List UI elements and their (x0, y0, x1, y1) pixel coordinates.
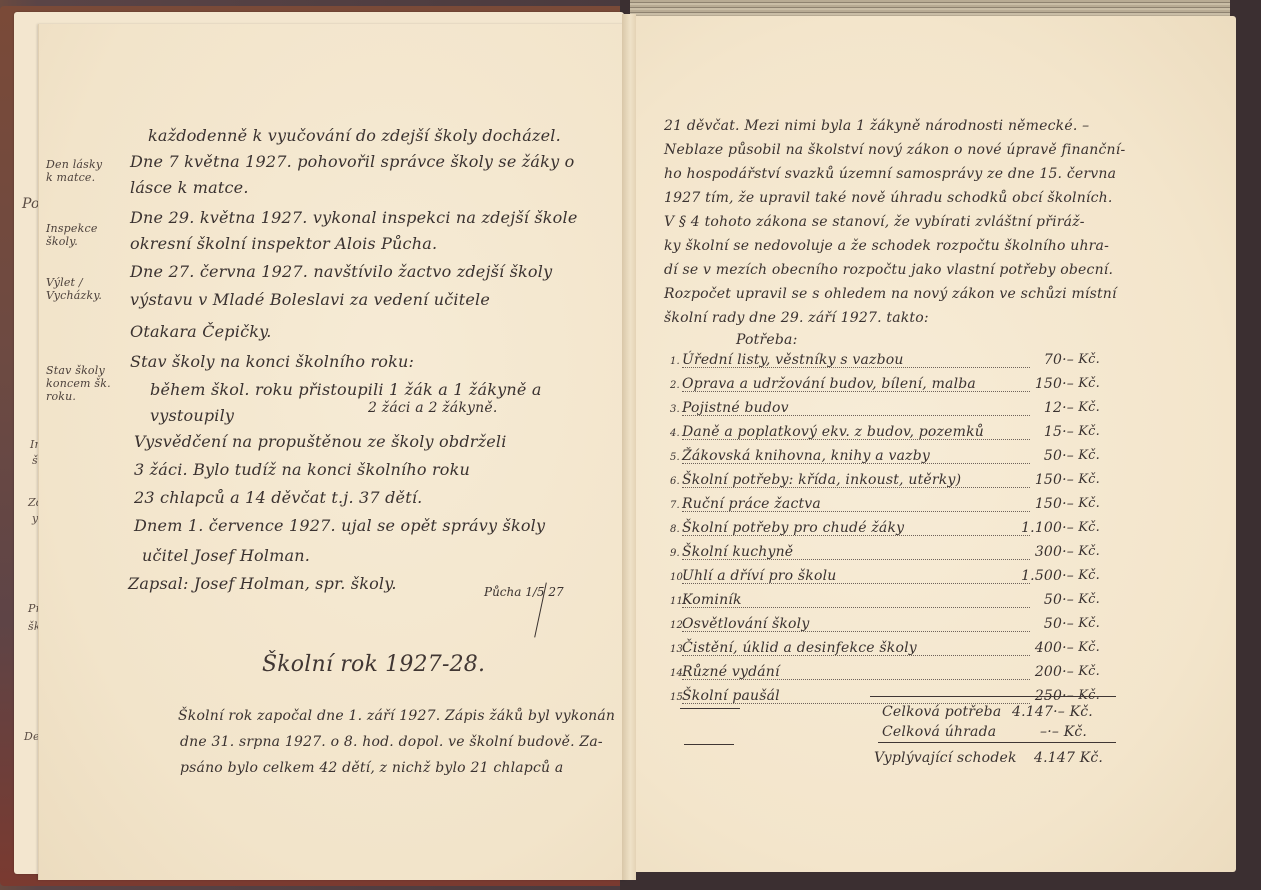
text-line: Rozpočet upravil se s ohledem na nový zá… (664, 286, 1117, 302)
text-line: ky školní se nedovoluje a že schodek roz… (664, 238, 1109, 254)
text-line: každodenně k vyučování do zdejší školy d… (148, 126, 561, 145)
text-line: 2 žáci a 2 žákyně. (368, 400, 497, 416)
budget-row: 13.Čistění, úklid a desinfekce školy400·… (670, 640, 1100, 662)
total-label: Celková úhrada (882, 724, 996, 740)
section-title: Školní rok 1927-28. (262, 652, 485, 677)
text-line: Stav školy na konci školního roku: (130, 352, 414, 371)
budget-row: 7.Ruční práce žactva150·–Kč. (670, 496, 1100, 518)
text-line: V § 4 tohoto zákona se stanoví, že vybír… (664, 214, 1085, 230)
budget-row: 3.Pojistné budov12·–Kč. (670, 400, 1100, 422)
budget-row: 11.Kominík50·–Kč. (670, 592, 1100, 614)
text-line: Otakara Čepičky. (130, 322, 272, 341)
text-line: během škol. roku přistoupili 1 žák a 1 ž… (150, 380, 542, 399)
text-line: ho hospodářství svazků územní samosprávy… (664, 166, 1116, 182)
underline-rule (684, 744, 734, 745)
text-line: dí se v mezích obecního rozpočtu jako vl… (664, 262, 1113, 278)
text-line: dne 31. srpna 1927. o 8. hod. dopol. ve … (180, 734, 603, 750)
budget-heading: Potřeba: (736, 332, 798, 348)
text-line: 21 děvčat. Mezi nimi byla 1 žákyně národ… (664, 118, 1089, 134)
text-line: učitel Josef Holman. (142, 546, 310, 565)
underline-rule (680, 708, 740, 709)
margin-note: Výlet / Vycházky. (46, 276, 108, 302)
text-line: 23 chlapců a 14 děvčat t.j. 37 dětí. (134, 488, 422, 507)
sum-rule (870, 696, 1116, 697)
text-line: Dne 27. června 1927. navštívilo žactvo z… (130, 262, 552, 281)
margin-note: Stav školy koncem šk. roku. (46, 364, 126, 403)
budget-row: 14.Různé vydání200·–Kč. (670, 664, 1100, 686)
budget-row: 6.Školní potřeby: křída, inkoust, utěrky… (670, 472, 1100, 494)
text-line: 3 žáci. Bylo tudíž na konci školního rok… (134, 460, 470, 479)
text-line: psáno bylo celkem 42 dětí, z nichž bylo … (180, 760, 563, 776)
total-label: Vyplývající schodek (874, 750, 1017, 766)
budget-row: 12.Osvětlování školy50·–Kč. (670, 616, 1100, 638)
text-line: okresní školní inspektor Alois Půcha. (130, 234, 437, 253)
text-line: Dne 29. května 1927. vykonal inspekci na… (130, 208, 578, 227)
sum-rule (878, 742, 1116, 743)
budget-row: 10.Uhlí a dříví pro školu1.500·–Kč. (670, 568, 1100, 590)
text-line: Školní rok započal dne 1. září 1927. Záp… (178, 708, 615, 724)
text-line: výstavu v Mladé Boleslavi za vedení učit… (130, 290, 490, 309)
margin-note: Den lásky k matce. (46, 158, 108, 184)
text-line: vystoupily (150, 406, 234, 425)
text-line: Dne 7 května 1927. pohovořil správce ško… (130, 152, 574, 171)
inspector-signature: Půcha 1/5 27 (484, 585, 564, 599)
margin-note: Inspekce školy. (46, 222, 108, 248)
text-line: Vysvědčení na propuštěnou ze školy obdrž… (134, 432, 507, 451)
total-value: 4.147·– Kč. (1012, 704, 1093, 720)
budget-row: 5.Žákovská knihovna, knihy a vazby50·–Kč… (670, 448, 1100, 470)
text-line: lásce k matce. (130, 178, 249, 197)
text-line: Dnem 1. července 1927. ujal se opět sprá… (134, 516, 545, 535)
total-value: –·– Kč. (1040, 724, 1087, 740)
text-line: Zapsal: Josef Holman, spr. školy. (128, 574, 397, 593)
text-line: Neblaze působil na školství nový zákon o… (664, 142, 1125, 158)
edge-fragment: š (32, 454, 38, 467)
budget-row: 9.Školní kuchyně300·–Kč. (670, 544, 1100, 566)
budget-row: 4.Daně a poplatkový ekv. z budov, pozemk… (670, 424, 1100, 446)
text-line: 1927 tím, že upravil také nově úhradu sc… (664, 190, 1113, 206)
text-line: školní rady dne 29. září 1927. takto: (664, 310, 929, 326)
budget-row: 1.Úřední listy, věstníky s vazbou70·–Kč. (670, 352, 1100, 374)
total-value: 4.147 Kč. (1034, 750, 1103, 766)
book-gutter (622, 14, 636, 880)
total-label: Celková potřeba (882, 704, 1001, 720)
budget-row: 2.Oprava a udržování budov, bílení, malb… (670, 376, 1100, 398)
budget-row: 8.Školní potřeby pro chudé žáky1.100·–Kč… (670, 520, 1100, 542)
